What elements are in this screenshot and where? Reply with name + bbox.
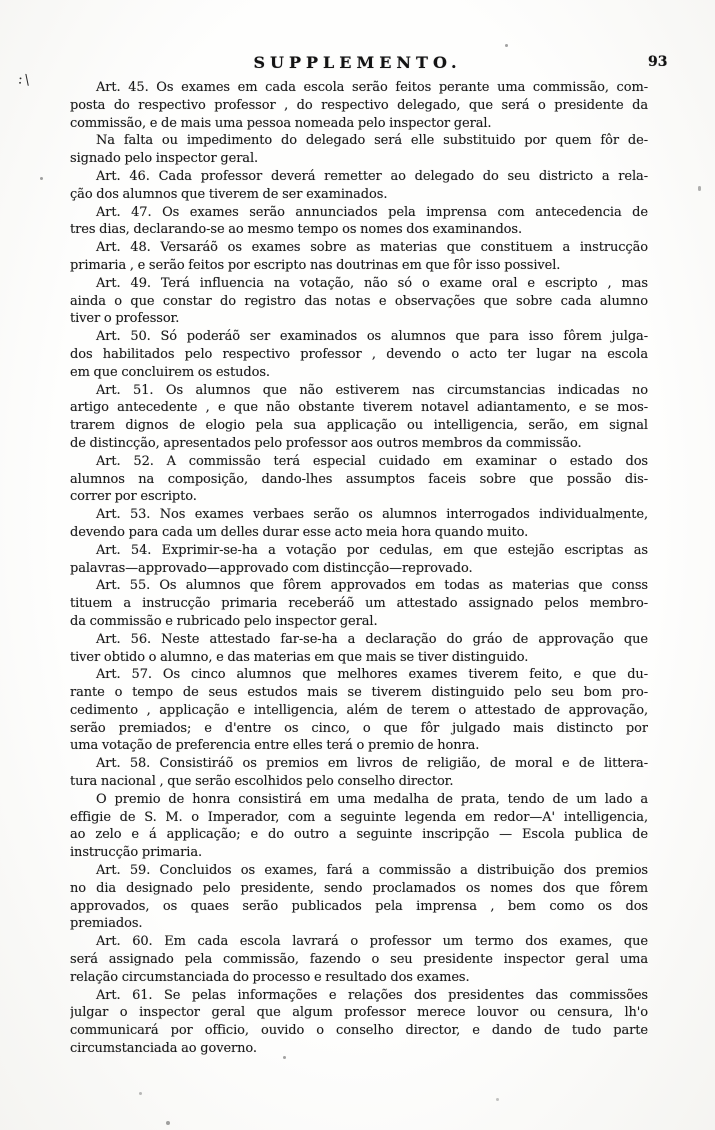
paragraph-art-54: Art. 54. Exprimir-se-ha a votação por ce…: [70, 542, 648, 578]
text-line: Art. 48. Versaráõ os exames sobre as mat…: [70, 239, 648, 257]
text-line: Art. 55. Os alumnos que fôrem approvados…: [70, 577, 648, 595]
text-line: premiados.: [70, 915, 648, 933]
text-line: rante o tempo de seus estudos mais se ti…: [70, 684, 648, 702]
text-line: de distincção, apresentados pelo profess…: [70, 435, 648, 453]
scan-speck: [505, 44, 508, 47]
paragraph-art-45: Art. 45. Os exames em cada escola serão …: [70, 79, 648, 132]
text-line: da commissão e rubricado pelo inspector …: [70, 613, 648, 631]
paragraph-art-50: Art. 50. Só poderáõ ser examinados os al…: [70, 328, 648, 381]
handwritten-margin-mark: :\: [17, 71, 32, 88]
text-line: trarem dignos de elogio pela sua applica…: [70, 417, 648, 435]
text-line: Art. 59. Concluidos os exames, fará a co…: [70, 862, 648, 880]
paragraph-art-46: Art. 46. Cada professor deverá remetter …: [70, 168, 648, 204]
text-line: effigie de S. M. o Imperador, com a segu…: [70, 809, 648, 827]
text-line: posta do respectivo professor , do respe…: [70, 97, 648, 115]
text-line: instrucção primaria.: [70, 844, 648, 862]
text-line: Art. 47. Os exames serão annunciados pel…: [70, 204, 648, 222]
scan-speck: [166, 1121, 170, 1125]
paragraph-art-48: Art. 48. Versaráõ os exames sobre as mat…: [70, 239, 648, 275]
text-line: Art. 60. Em cada escola lavrará o profes…: [70, 933, 648, 951]
scan-speck: [40, 177, 43, 180]
text-line: Art. 46. Cada professor deverá remetter …: [70, 168, 648, 186]
scan-speck: [698, 186, 701, 191]
text-line: Art. 45. Os exames em cada escola serão …: [70, 79, 648, 97]
scan-speck: [283, 1056, 286, 1059]
paragraph-art-47: Art. 47. Os exames serão annunciados pel…: [70, 204, 648, 240]
text-line: Art. 49. Terá influencia na votação, não…: [70, 275, 648, 293]
paragraph-art-61: Art. 61. Se pelas informações e relações…: [70, 987, 648, 1058]
text-line: Art. 61. Se pelas informações e relações…: [70, 987, 648, 1005]
paragraph-art-52: Art. 52. A commissão terá especial cuida…: [70, 453, 648, 506]
text-line: cedimento , applicação e intelligencia, …: [70, 702, 648, 720]
text-line: no dia designado pelo presidente, sendo …: [70, 880, 648, 898]
text-line: tres dias, declarando-se ao mesmo tempo …: [70, 221, 648, 239]
paragraph-art-49: Art. 49. Terá influencia na votação, não…: [70, 275, 648, 328]
text-line: Art. 50. Só poderáõ ser examinados os al…: [70, 328, 648, 346]
page-number: 93: [648, 54, 667, 70]
text-line: correr por escripto.: [70, 488, 648, 506]
text-line: commissão, e de mais uma pessoa nomeada …: [70, 115, 648, 133]
text-line: Art. 54. Exprimir-se-ha a votação por ce…: [70, 542, 648, 560]
text-line: dos habilitados pelo respectivo professo…: [70, 346, 648, 364]
text-line: julgar o inspector geral que algum profe…: [70, 1004, 648, 1022]
paragraph-art-51: Art. 51. Os alumnos que não estiverem na…: [70, 382, 648, 453]
scan-speck: [139, 1092, 142, 1095]
paragraph-art-59: Art. 59. Concluidos os exames, fará a co…: [70, 862, 648, 933]
text-line: ao zelo e á applicação; e do outro a seg…: [70, 826, 648, 844]
text-line: tituem a instrucção primaria receberáõ u…: [70, 595, 648, 613]
text-line: em que concluirem os estudos.: [70, 364, 648, 382]
text-line: tura nacional , que serão escolhidos pel…: [70, 773, 648, 791]
text-line: circumstanciada ao governo.: [70, 1040, 648, 1058]
text-line: palavras—approvado—approvado com distinc…: [70, 560, 648, 578]
scanned-page: SUPPLEMENTO. 93 :\ Art. 45. Os exames em…: [0, 0, 715, 1130]
text-line: uma votação de preferencia entre elles t…: [70, 737, 648, 755]
paragraph-art-45-paragrafo: Na falta ou impedimento do delegado será…: [70, 132, 648, 168]
text-line: Art. 51. Os alumnos que não estiverem na…: [70, 382, 648, 400]
text-line: ção dos alumnos que tiverem de ser exami…: [70, 186, 648, 204]
text-line: primaria , e serão feitos por escripto n…: [70, 257, 648, 275]
paragraph-art-56: Art. 56. Neste attestado far-se-ha a dec…: [70, 631, 648, 667]
text-line: signado pelo inspector geral.: [70, 150, 648, 168]
paragraph-art-58: Art. 58. Consistiráõ os premios em livro…: [70, 755, 648, 791]
text-line: alumnos na composição, dando-lhes assump…: [70, 471, 648, 489]
scan-speck: [612, 517, 615, 520]
page-header-title: SUPPLEMENTO.: [0, 53, 715, 72]
text-line: artigo antecedente , e que não obstante …: [70, 399, 648, 417]
text-line: Na falta ou impedimento do delegado será…: [70, 132, 648, 150]
text-line: O premio de honra consistirá em uma meda…: [70, 791, 648, 809]
text-line: Art. 56. Neste attestado far-se-ha a dec…: [70, 631, 648, 649]
text-line: serão premiados; e d'entre os cinco, o q…: [70, 720, 648, 738]
paragraph-art-58-paragrafo: O premio de honra consistirá em uma meda…: [70, 791, 648, 862]
text-line: tiver obtido o alumno, e das materias em…: [70, 649, 648, 667]
text-line: approvados, os quaes serão publicados pe…: [70, 898, 648, 916]
text-line: Art. 58. Consistiráõ os premios em livro…: [70, 755, 648, 773]
paragraph-art-57: Art. 57. Os cinco alumnos que melhores e…: [70, 666, 648, 755]
text-line: Art. 53. Nos exames verbaes serão os alu…: [70, 506, 648, 524]
text-line: Art. 57. Os cinco alumnos que melhores e…: [70, 666, 648, 684]
text-line: communicará por officio, ouvido o consel…: [70, 1022, 648, 1040]
paragraph-art-53: Art. 53. Nos exames verbaes serão os alu…: [70, 506, 648, 542]
paragraph-art-60: Art. 60. Em cada escola lavrará o profes…: [70, 933, 648, 986]
text-line: relação circumstanciada do processo e re…: [70, 969, 648, 987]
text-line: será assignado pela commissão, fazendo o…: [70, 951, 648, 969]
text-line: tiver o professor.: [70, 310, 648, 328]
text-line: ainda o que constar do registro das nota…: [70, 293, 648, 311]
scan-speck: [496, 1098, 499, 1101]
text-line: devendo para cada um delles durar esse a…: [70, 524, 648, 542]
paragraph-art-55: Art. 55. Os alumnos que fôrem approvados…: [70, 577, 648, 630]
body-text-block: Art. 45. Os exames em cada escola serão …: [70, 79, 648, 1058]
text-line: Art. 52. A commissão terá especial cuida…: [70, 453, 648, 471]
